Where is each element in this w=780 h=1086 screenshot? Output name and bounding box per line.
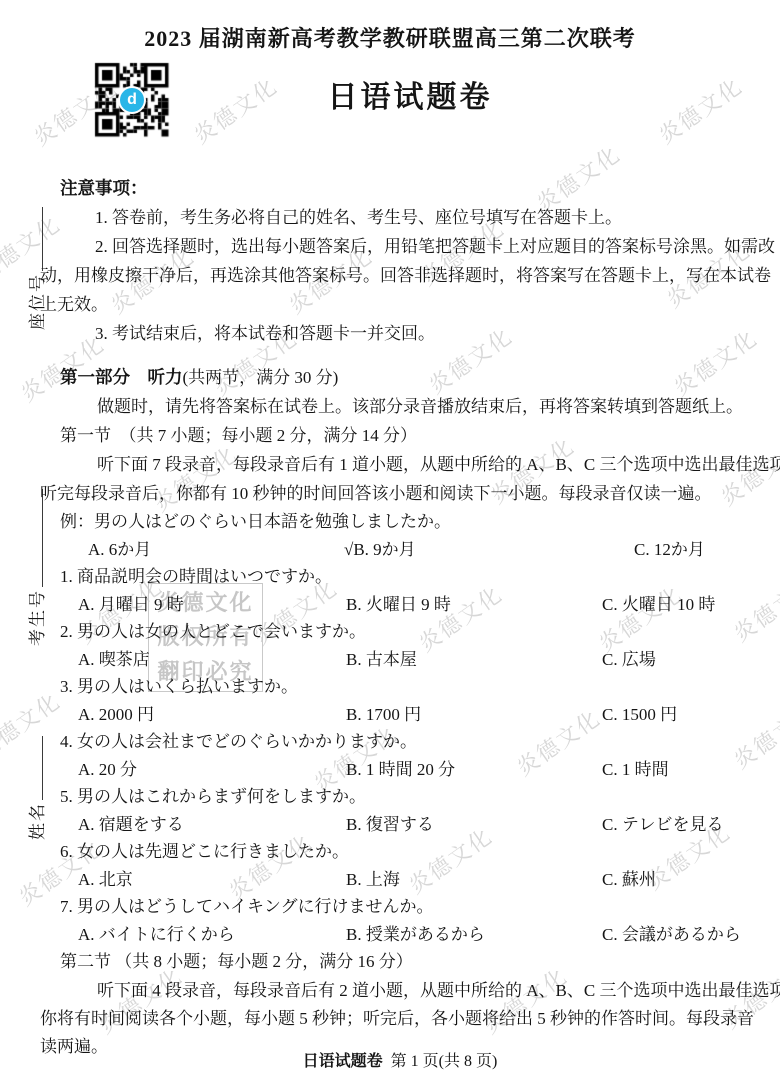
text-run: 1. 商品説明会の時間はいつですか。 (60, 567, 332, 586)
option-cell: B. 授業があるから (346, 924, 485, 946)
option-cell: A. 2000 円 (78, 704, 154, 726)
text-run: 2. 男の人は女の人とどこで会いますか。 (60, 622, 366, 641)
option-cell: A. 宿題をする (78, 814, 184, 836)
option-cell: B. 1700 円 (346, 704, 421, 726)
text-run: 动，用橡皮擦干净后，再选涂其他答案标号。回答非选择题时，将答案写在答题卡上，写在… (40, 266, 771, 285)
text-run: 听完每段录音后，你都有 10 秒钟的时间回答该小题和阅读下一小题。每段录音仅读一… (40, 484, 712, 503)
option-cell: C. テレビを見る (602, 814, 724, 836)
exam-paper-page: 炎德文化炎德文化炎德文化炎德文化炎德文化炎德文化炎德文化炎德文化炎德文化炎德文化… (0, 0, 780, 1086)
text-run: 做题时，请先将答案标在试卷上。该部分录音播放结束后，再将答案转填到答题纸上。 (97, 397, 743, 416)
text-line: 动，用橡皮擦干净后，再选涂其他答案标号。回答非选择题时，将答案写在答题卡上，写在… (40, 265, 771, 287)
text-run: 第一节 (60, 426, 128, 445)
text-line: 6. 女の人は先週どこに行きましたか。 (60, 841, 349, 863)
text-line: 3. 男の人はいくら払いますか。 (60, 676, 298, 698)
option-cell: √B. 9か月 (344, 539, 416, 561)
text-run: 7. 男の人はどうしてハイキングに行けませんか。 (60, 897, 434, 916)
text-line: 第二节 （共 8 小题；每小题 2 分，满分 16 分） (60, 951, 413, 973)
option-cell: A. 月曜日 9 時 (78, 594, 184, 616)
text-line: 听下面 4 段录音，每段录音后有 2 道小题，从题中所给的 A、B、C 三个选项… (97, 980, 780, 1002)
text-run: 5. 男の人はこれからまず何をしますか。 (60, 787, 366, 806)
text-line: 2. 回答选择题时，选出每小题答案后，用铅笔把答题卡上对应题目的答案标号涂黑。如… (95, 236, 775, 258)
text-line: 5. 男の人はこれからまず何をしますか。 (60, 786, 366, 808)
text-line: 7. 男の人はどうしてハイキングに行けませんか。 (60, 896, 434, 918)
text-line: 4. 女の人は会社までどのぐらいかかりますか。 (60, 731, 417, 753)
option-cell: A. 20 分 (78, 759, 137, 781)
option-cell: A. 北京 (78, 869, 133, 891)
text-run: (共两节，满分 30 分) (183, 368, 339, 387)
text-line: 1. 答卷前，考生务必将自己的姓名、考生号、座位号填写在答题卡上。 (95, 207, 622, 229)
text-line: 第一节 （共 7 小题；每小题 2 分，满分 14 分） (60, 425, 417, 447)
text-run: 例：男の人はどのぐらい日本語を勉強しましたか。 (60, 512, 451, 531)
text-run: 2. 回答选择题时，选出每小题答案后，用铅笔把答题卡上对应题目的答案标号涂黑。如… (95, 237, 775, 256)
option-cell: A. 喫茶店 (78, 649, 150, 671)
option-cell: B. 火曜日 9 時 (346, 594, 451, 616)
footer-doc-title: 日语试题卷 (303, 1053, 383, 1070)
text-run: 1. 答卷前，考生务必将自己的姓名、考生号、座位号填写在答题卡上。 (95, 208, 622, 227)
content-lines: 注意事项：1. 答卷前，考生务必将自己的姓名、考生号、座位号填写在答题卡上。2.… (0, 0, 780, 1086)
text-run: 3. 考试结束后，将本试卷和答题卡一并交回。 (95, 324, 435, 343)
option-cell: C. 会議があるから (602, 924, 741, 946)
option-cell: C. 蘇州 (602, 869, 656, 891)
text-run: 注意事项： (60, 178, 148, 198)
text-line: 注意事项： (60, 177, 148, 200)
text-run: 上无效。 (40, 295, 108, 314)
text-run: 听下面 7 段录音，每段录音后有 1 道小题，从题中所给的 A、B、C 三个选项… (97, 455, 780, 474)
text-line: 1. 商品説明会の時間はいつですか。 (60, 566, 332, 588)
option-cell: C. 1 時間 (602, 759, 669, 781)
text-line: 例：男の人はどのぐらい日本語を勉強しましたか。 (60, 511, 451, 533)
text-line: 听完每段录音后，你都有 10 秒钟的时间回答该小题和阅读下一小题。每段录音仅读一… (40, 483, 712, 505)
footer-page-number: 第 1 页(共 8 页) (391, 1053, 498, 1070)
text-run: 第一部分 听力 (60, 367, 183, 387)
option-cell: C. 1500 円 (602, 704, 677, 726)
text-run: （共 7 小题；每小题 2 分，满分 14 分） (128, 426, 417, 445)
option-cell: C. 12か月 (634, 539, 705, 561)
text-run: 听下面 4 段录音，每段录音后有 2 道小题，从题中所给的 A、B、C 三个选项… (97, 981, 780, 1000)
option-cell: C. 広場 (602, 649, 656, 671)
option-cell: A. 6か月 (88, 539, 151, 561)
text-run: 6. 女の人は先週どこに行きましたか。 (60, 842, 349, 861)
option-cell: B. 復習する (346, 814, 434, 836)
page-footer: 日语试题卷第 1 页(共 8 页) (20, 1048, 780, 1071)
text-run: 第二节 (60, 952, 115, 971)
text-line: 3. 考试结束后，将本试卷和答题卡一并交回。 (95, 323, 435, 345)
text-run: （共 8 小题；每小题 2 分，满分 16 分） (115, 952, 413, 971)
option-cell: C. 火曜日 10 時 (602, 594, 715, 616)
text-line: 做题时，请先将答案标在试卷上。该部分录音播放结束后，再将答案转填到答题纸上。 (97, 396, 743, 418)
option-cell: B. 古本屋 (346, 649, 417, 671)
text-run: 4. 女の人は会社までどのぐらいかかりますか。 (60, 732, 417, 751)
option-cell: B. 1 時間 20 分 (346, 759, 455, 781)
text-line: 第一部分 听力(共两节，满分 30 分) (60, 366, 338, 389)
text-run: 3. 男の人はいくら払いますか。 (60, 677, 298, 696)
text-line: 2. 男の人は女の人とどこで会いますか。 (60, 621, 366, 643)
text-line: 上无效。 (40, 294, 108, 316)
text-line: 你将有时间阅读各个小题，每小题 5 秒钟；听完后，各小题将给出 5 秒钟的作答时… (40, 1008, 754, 1030)
text-run: 你将有时间阅读各个小题，每小题 5 秒钟；听完后，各小题将给出 5 秒钟的作答时… (40, 1009, 754, 1028)
option-cell: A. バイトに行くから (78, 924, 235, 946)
option-cell: B. 上海 (346, 869, 400, 891)
text-line: 听下面 7 段录音，每段录音后有 1 道小题，从题中所给的 A、B、C 三个选项… (97, 454, 780, 476)
